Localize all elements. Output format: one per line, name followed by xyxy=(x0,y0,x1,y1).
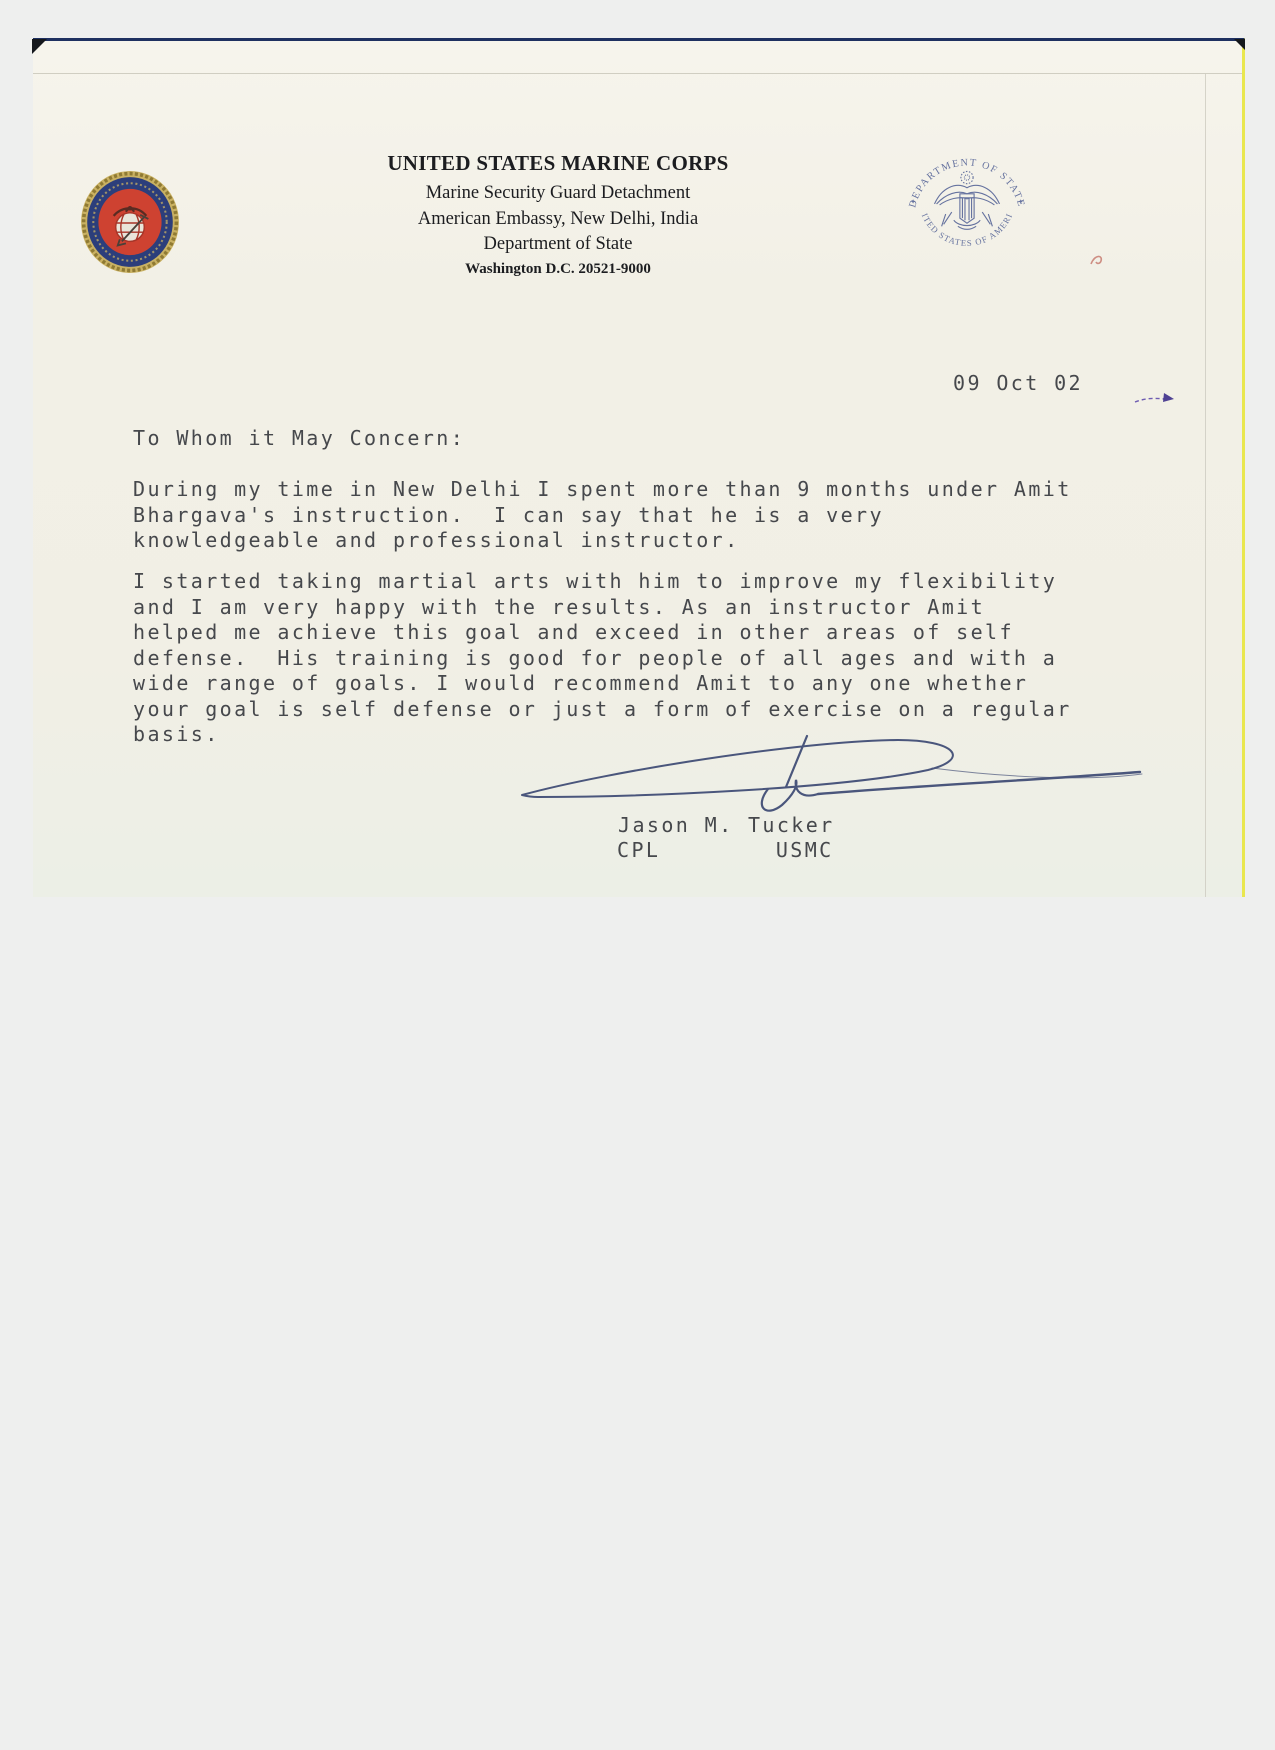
letterhead-title: UNITED STATES MARINE CORPS xyxy=(323,151,793,176)
paper-edge-line-horizontal xyxy=(33,73,1242,74)
paper-edge-line-vertical xyxy=(1205,73,1206,897)
letter-date: 09 Oct 02 xyxy=(953,371,1083,397)
pen-scribble-icon xyxy=(1133,389,1177,407)
salutation: To Whom it May Concern: xyxy=(133,426,465,452)
usmc-seal-icon xyxy=(79,169,181,275)
signature-name: Jason M. Tucker xyxy=(618,813,835,839)
scan-corner-artifact-right xyxy=(1234,39,1245,50)
scan-area: UNITED STATES MARINE CORPS Marine Securi… xyxy=(33,38,1245,897)
dos-seal-star-right: ✦ xyxy=(1018,198,1024,206)
letterhead-line-detachment: Marine Security Guard Detachment xyxy=(323,181,793,207)
dos-seal-star-left: ✦ xyxy=(910,198,916,206)
letterhead-line-embassy: American Embassy, New Delhi, India xyxy=(323,207,793,233)
dos-seal-eagle xyxy=(935,171,1000,229)
department-of-state-seal-icon: DEPARTMENT OF STATE UNITED STATES OF AME… xyxy=(901,141,1033,273)
signature-rank-line: CPL USMC xyxy=(617,838,834,864)
scan-corner-artifact-left xyxy=(32,39,47,54)
ink-smudge-icon xyxy=(1088,249,1108,269)
letterhead-line-address: Washington D.C. 20521-9000 xyxy=(323,258,793,281)
letterhead-line-department: Department of State xyxy=(323,232,793,258)
body-paragraph-1: During my time in New Delhi I spent more… xyxy=(133,477,1072,554)
body-paragraph-2: I started taking martial arts with him t… xyxy=(133,569,1072,748)
letterhead: UNITED STATES MARINE CORPS Marine Securi… xyxy=(323,151,793,281)
